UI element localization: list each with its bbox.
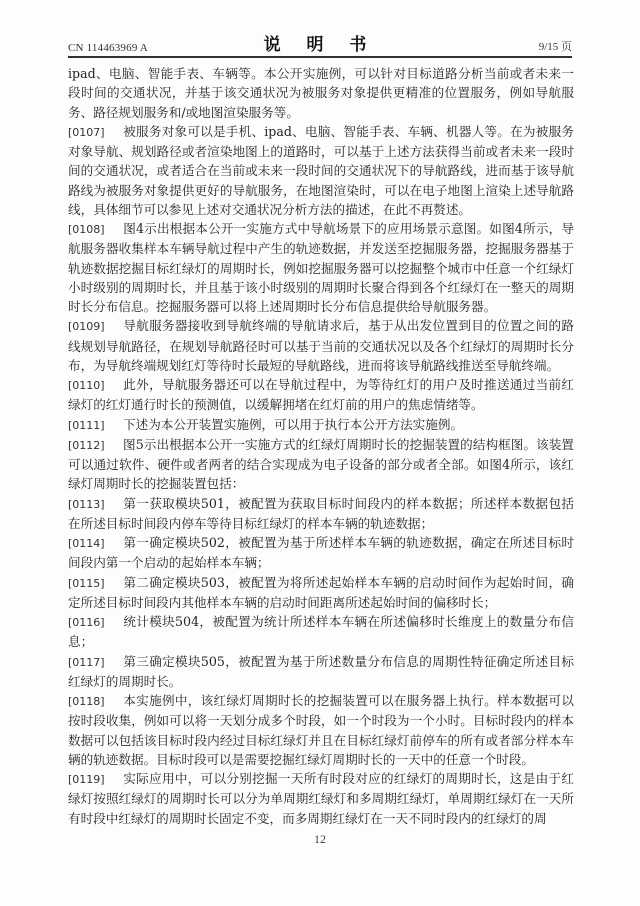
paragraph: [0109]导航服务器接收到导航终端的导航请求后，基于从出发位置到目的位置之间的… (68, 316, 574, 375)
paragraph-number: [0108] (68, 220, 123, 239)
paragraph: [0108]图4示出根据本公开一实施方式中导航场景下的应用场景示意图。如图4所示… (68, 219, 574, 316)
paragraph-number: [0112] (68, 436, 123, 455)
paragraph-text: 实际应用中，可以分别挖掘一天所有时段对应的红绿灯的周期时长，这是由于红绿灯按照红… (68, 771, 574, 826)
paragraph-number: [0115] (68, 574, 123, 593)
paragraph-number: [0116] (68, 613, 123, 632)
document-page: CN 114463969 A 说 明 书 9/15 页 ipad、电脑、智能手表… (0, 0, 640, 906)
paragraph-text: 此外，导航服务器还可以在导航过程中，为等待红灯的用户及时推送通过当前红绿灯的红灯… (68, 377, 574, 412)
document-body: ipad、电脑、智能手表、车辆等。本公开实施例，可以针对目标道路分析当前或者未来… (68, 64, 574, 828)
page-indicator: 9/15 页 (539, 38, 572, 54)
paragraph: [0114]第一确定模块502，被配置为基于所述样本车辆的轨迹数据，确定在所述目… (68, 533, 574, 573)
paragraph-number: [0113] (68, 495, 123, 514)
paragraph: [0113]第一获取模块501，被配置为获取目标时间段内的样本数据；所述样本数据… (68, 494, 574, 534)
document-title: 说 明 书 (68, 30, 572, 55)
paragraph-number: [0119] (68, 770, 123, 789)
paragraph-text: 第一获取模块501，被配置为获取目标时间段内的样本数据；所述样本数据包括在所述目… (68, 496, 574, 531)
paragraph: [0115]第二确定模块503，被配置为将所述起始样本车辆的启动时间作为起始时间… (68, 573, 574, 613)
paragraph-text: 第三确定模块505，被配置为基于所述数量分布信息的周期性特征确定所述目标红绿灯的… (68, 654, 574, 689)
paragraph: [0112]图5示出根据本公开一实施方式的红绿灯周期时长的挖掘装置的结构框图。该… (68, 435, 574, 494)
paragraph-text: 本实施例中，该红绿灯周期时长的挖掘装置可以在服务器上执行。样本数据可以按时段收集… (68, 693, 574, 767)
paragraph: [0117]第三确定模块505，被配置为基于所述数量分布信息的周期性特征确定所述… (68, 652, 574, 692)
paragraph: [0110]此外，导航服务器还可以在导航过程中，为等待红灯的用户及时推送通过当前… (68, 375, 574, 415)
paragraph-text: 导航服务器接收到导航终端的导航请求后，基于从出发位置到目的位置之间的路线规划导航… (68, 318, 574, 373)
paragraph-number: [0107] (68, 123, 123, 142)
paragraph-text: 统计模块504，被配置为统计所述样本车辆在所述偏移时长维度上的数量分布信息； (68, 614, 574, 649)
page-number: 12 (0, 832, 640, 847)
paragraph-text: ipad、电脑、智能手表、车辆等。本公开实施例，可以针对目标道路分析当前或者未来… (68, 66, 574, 120)
paragraph-text: 图5示出根据本公开一实施方式的红绿灯周期时长的挖掘装置的结构框图。该装置可以通过… (68, 437, 574, 492)
paragraph-text: 下述为本公开装置实施例，可以用于执行本公开方法实施例。 (123, 417, 463, 432)
paragraph-continuation: ipad、电脑、智能手表、车辆等。本公开实施例，可以针对目标道路分析当前或者未来… (68, 64, 574, 122)
paragraph-number: [0118] (68, 692, 123, 711)
paragraph-number: [0111] (68, 416, 123, 435)
paragraph: [0111]下述为本公开装置实施例，可以用于执行本公开方法实施例。 (68, 415, 574, 435)
paragraph-text: 图4示出根据本公开一实施方式中导航场景下的应用场景示意图。如图4所示，导航服务器… (68, 221, 574, 314)
paragraph-number: [0114] (68, 534, 123, 553)
paragraph-text: 被服务对象可以是手机、ipad、电脑、智能手表、车辆、机器人等。在为被服务对象导… (68, 124, 574, 217)
paragraph-number: [0110] (68, 376, 123, 395)
paragraph-number: [0117] (68, 653, 123, 672)
paragraph-number: [0109] (68, 317, 123, 336)
paragraph: [0116]统计模块504，被配置为统计所述样本车辆在所述偏移时长维度上的数量分… (68, 612, 574, 652)
paragraph: [0119]实际应用中，可以分别挖掘一天所有时段对应的红绿灯的周期时长，这是由于… (68, 769, 574, 828)
paragraph: [0107]被服务对象可以是手机、ipad、电脑、智能手表、车辆、机器人等。在为… (68, 122, 574, 219)
paragraph-text: 第二确定模块503，被配置为将所述起始样本车辆的启动时间作为起始时间，确定所述目… (68, 575, 574, 610)
page-header: CN 114463969 A 说 明 书 9/15 页 (68, 30, 572, 56)
header-divider (68, 56, 572, 58)
paragraph: [0118]本实施例中，该红绿灯周期时长的挖掘装置可以在服务器上执行。样本数据可… (68, 691, 574, 769)
paragraph-text: 第一确定模块502，被配置为基于所述样本车辆的轨迹数据，确定在所述目标时间段内第… (68, 535, 574, 570)
